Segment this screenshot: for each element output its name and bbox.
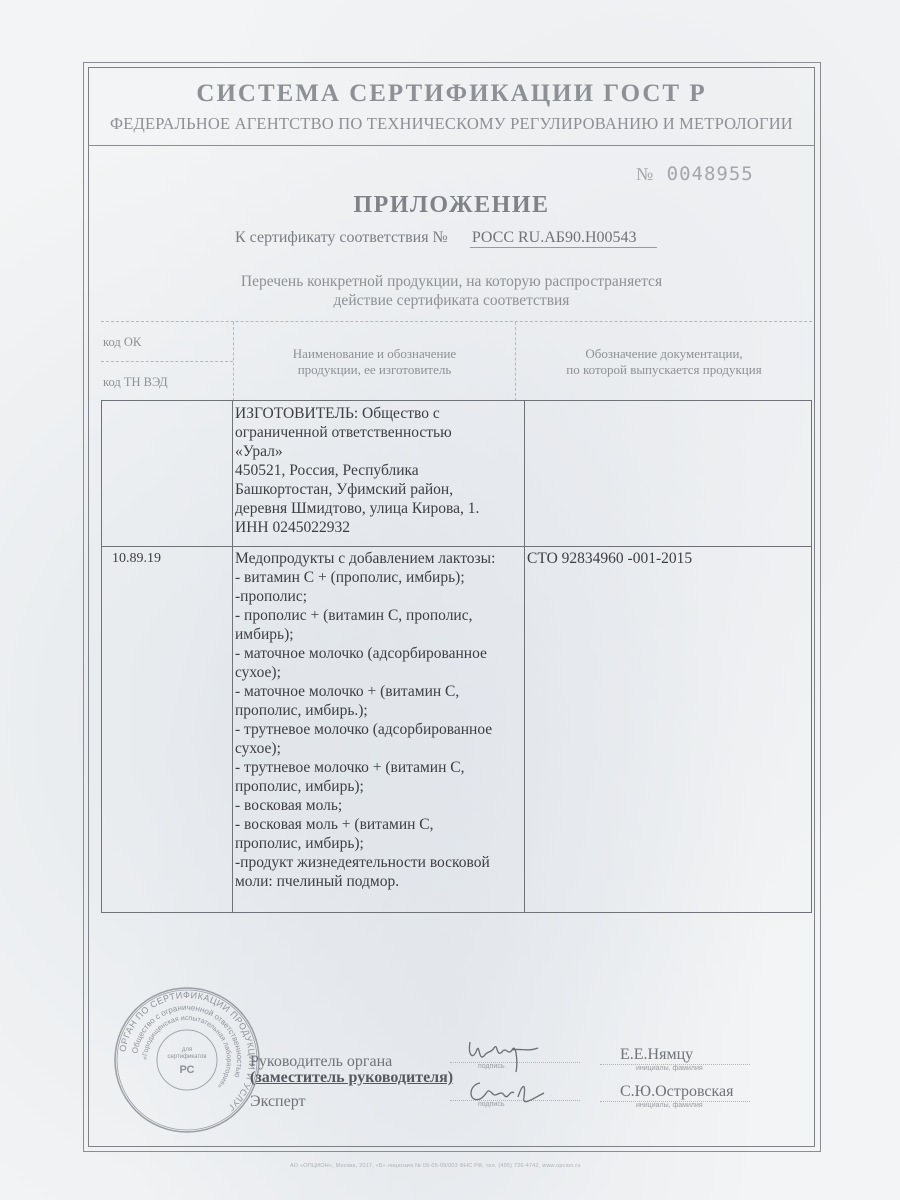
name-line: - витамин С + (прополис, имбирь); — [235, 568, 524, 587]
certificate-number: РОСС RU.АБ90.Н00543 — [470, 229, 657, 248]
name-line: ИНН 0245022932 — [235, 518, 524, 537]
head-name-caption: инициалы, фамилия — [636, 1065, 703, 1072]
name-line: - восковая моль + (витамин С, — [235, 815, 524, 834]
caption-line-2: действие сертификата соответствия — [88, 291, 815, 310]
product-table: ИЗГОТОВИТЕЛЬ: Общество с ограниченной от… — [101, 400, 812, 913]
header-documentation: Обозначение документации, по которой вып… — [516, 322, 812, 401]
name-line: имбирь); — [235, 625, 524, 644]
deputy-label: (заместитель руководителя) — [250, 1069, 453, 1087]
name-line: «Урал» — [235, 442, 524, 461]
table-row-manufacturer: ИЗГОТОВИТЕЛЬ: Общество с ограниченной от… — [102, 401, 811, 547]
header-name-line-2: продукции, ее изготовитель — [293, 362, 456, 378]
row-doc — [525, 401, 811, 546]
certification-stamp-icon: ОРГАН ПО СЕРТИФИКАЦИИ ПРОДУКЦИИ И УСЛУГ … — [112, 985, 262, 1135]
svg-text:сертификатов: сертификатов — [167, 1054, 206, 1060]
name-line: Медопродукты с добавлением лактозы: — [235, 549, 524, 568]
name-line: 450521, Россия, Республика — [235, 461, 524, 480]
name-line: Башкортостан, Уфимский район, — [235, 480, 524, 499]
header-divider — [88, 145, 815, 146]
expert-name: С.Ю.Островская — [620, 1083, 734, 1101]
row-code — [102, 401, 233, 546]
serial-value: 0048955 — [667, 163, 754, 185]
header-doc-line-1: Обозначение документации, — [566, 346, 761, 362]
name-line: сухое); — [235, 663, 524, 682]
name-line: - восковая моль; — [235, 796, 524, 815]
row-doc: СТО 92834960 -001-2015 — [525, 546, 811, 912]
name-line: прополис, имбирь); — [235, 834, 524, 853]
name-line: сухое); — [235, 739, 524, 758]
svg-text:для: для — [182, 1047, 192, 1053]
row-name: Медопродукты с добавлением лактозы: - ви… — [233, 546, 525, 912]
header-code-tnved: код ТН ВЭД — [101, 363, 233, 401]
serial-number: № 0048955 — [636, 163, 754, 185]
name-line: ограниченной ответственностью — [235, 423, 524, 442]
row-name: ИЗГОТОВИТЕЛЬ: Общество с ограниченной от… — [233, 401, 525, 546]
head-name: Е.Е.Нямцу — [620, 1046, 693, 1064]
name-line: - трутневое молочко (адсорбированное — [235, 720, 524, 739]
certificate-reference: К сертификату соответствия № РОСС RU.АБ9… — [235, 229, 657, 248]
name-line: - прополис + (витамин С, прополис, — [235, 606, 524, 625]
expert-signature-icon — [462, 1075, 562, 1115]
expert-name-caption: инициалы, фамилия — [636, 1102, 703, 1109]
name-line: - трутневое молочко + (витамин С, — [235, 758, 524, 777]
system-title: СИСТЕМА СЕРТИФИКАЦИИ ГОСТ Р — [88, 80, 815, 108]
name-line: - маточное молочко + (витамин С, — [235, 682, 524, 701]
row-code: 10.89.19 — [102, 546, 233, 912]
header-name-line-1: Наименование и обозначение — [293, 346, 456, 362]
header-product-name: Наименование и обозначение продукции, ее… — [234, 322, 516, 401]
name-line: - маточное молочко (адсорбированное — [235, 644, 524, 663]
printer-imprint: АО «ОПЦИОН», Москва, 2017, «Б» лицензия … — [290, 1163, 581, 1169]
agency-name: ФЕДЕРАЛЬНОЕ АГЕНТСТВО ПО ТЕХНИЧЕСКОМУ РЕ… — [88, 114, 815, 134]
header-code-ok: код ОК — [101, 322, 233, 362]
expert-label: Эксперт — [250, 1093, 305, 1111]
name-line: -прополис; — [235, 587, 524, 606]
name-line: прополис, имбирь); — [235, 777, 524, 796]
table-header: код ОК код ТН ВЭД Наименование и обознач… — [101, 321, 812, 401]
name-line: прополис, имбирь.); — [235, 701, 524, 720]
name-line: деревня Шмидтово, улица Кирова, 1. — [235, 499, 524, 518]
appendix-title: ПРИЛОЖЕНИЕ — [88, 192, 815, 219]
certificate-label: К сертификату соответствия № — [235, 229, 448, 246]
svg-text:РС: РС — [179, 1064, 194, 1076]
header-doc-line-2: по которой выпускается продукция — [566, 362, 761, 378]
serial-prefix: № — [636, 164, 654, 184]
name-line: моли: пчелиный подмор. — [235, 872, 524, 891]
list-caption: Перечень конкретной продукции, на котору… — [88, 272, 815, 310]
caption-line-1: Перечень конкретной продукции, на котору… — [88, 272, 815, 291]
header-codes-cell: код ОК код ТН ВЭД — [101, 322, 234, 401]
table-row-products: 10.89.19 Медопродукты с добавлением лакт… — [102, 546, 811, 912]
name-line: -продукт жизнедеятельности восковой — [235, 853, 524, 872]
name-line: ИЗГОТОВИТЕЛЬ: Общество с — [235, 404, 524, 423]
